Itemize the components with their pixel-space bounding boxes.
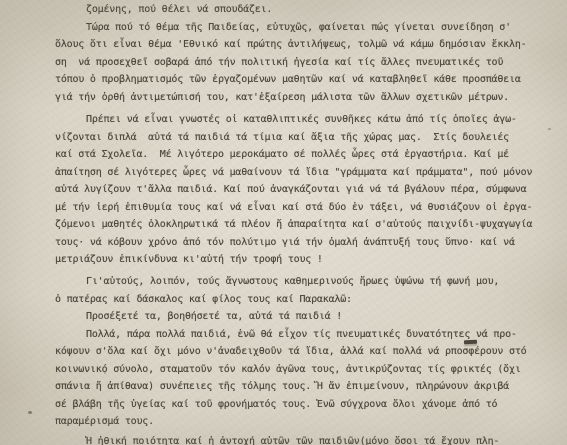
scan-vignette bbox=[0, 0, 567, 445]
